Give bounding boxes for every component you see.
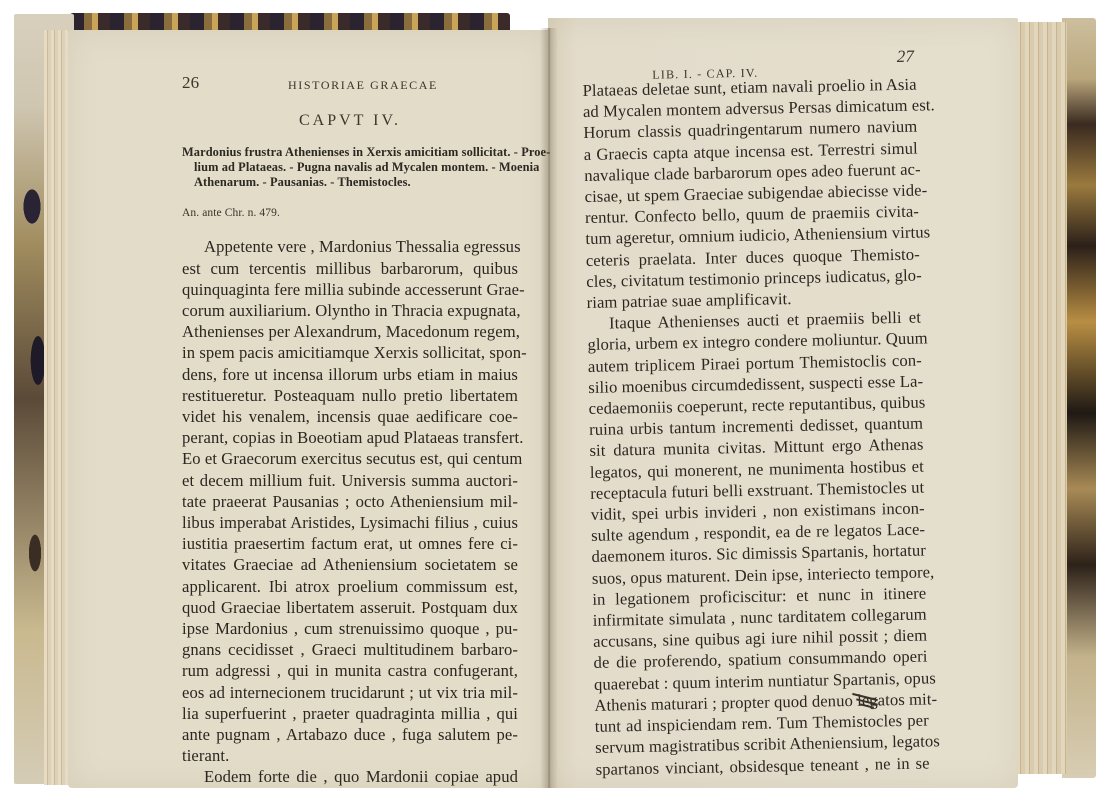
text-line: rum adgressi , qui in munita castra conf… [182,660,518,681]
text-line: est cum tercentis millibus barbarorum, q… [182,258,518,279]
text-line: tate praeerat Pausanias ; octo Atheniens… [182,491,518,512]
text-line: tierant. [182,745,518,766]
signature-mark-icon [850,692,884,710]
text-line: quinquaginta fere millia subinde accesse… [182,279,518,300]
date-note: An. ante Chr. n. 479. [182,203,518,224]
text-line: in spem pacis amicitiamque Xerxis sollic… [182,342,518,363]
text-line: Athenienses per Alexandrum, Macedonum re… [182,321,518,342]
text-line: ipse Mardonius , cum strenuissimo quoque… [182,618,518,639]
text-line: corum auxiliarium. Olyntho in Thracia ex… [182,300,518,321]
left-page-header: 26 HISTORIAE GRAECAE [182,72,518,94]
text-line: videt his venalem, incensis quae aedific… [182,406,518,427]
right-page-content: LIB. I. - CAP. IV. 27 Plataeas deletae s… [582,54,930,780]
summary-line: Athenarum. - Pausanias. - Themistocles. [182,175,518,190]
text-line: gnans cecidisset , Graeci multitudinem b… [182,639,518,660]
open-book: 26 HISTORIAE GRAECAE CAPVT IV. Mardonius… [0,0,1108,800]
page-number: 26 [182,72,199,93]
running-head: HISTORIAE GRAECAE [288,75,438,96]
text-line: Appetente vere , Mardonius Thessalia egr… [182,236,518,257]
text-line: dens, fore ut incensa illorum urbs etiam… [182,364,518,385]
text-line: lia superfuerint , praeter quadraginta m… [182,703,518,724]
left-page-content: 26 HISTORIAE GRAECAE CAPVT IV. Mardonius… [182,72,518,788]
text-line: perant, copias in Boeotiam apud Plataeas… [182,427,518,448]
right-page-body: Plataeas deletae sunt, etiam navali proe… [582,74,929,780]
text-line: restitueretur. Posteaquam nullo pretio l… [182,385,518,406]
text-line: Eo et Graecorum exercitus secutus est, q… [182,448,518,469]
chapter-title: CAPVT IV. [182,110,518,131]
page-edges-right [1015,22,1067,774]
text-line: Eodem forte die , quo Mardonii copiae ap… [182,766,518,787]
cover-marbled-right [1062,18,1096,778]
text-line: vitates Graeciae ad Atheniensium societa… [182,554,518,575]
chapter-summary: Mardonius frustra Athenienses in Xerxis … [182,145,518,190]
left-page-body: Appetente vere , Mardonius Thessalia egr… [182,236,518,787]
text-line: quod Graeciae libertatem asseruit. Postq… [182,597,518,618]
page-number: 27 [897,46,915,68]
summary-line: Mardonius frustra Athenienses in Xerxis … [182,145,518,160]
book-gutter [540,28,558,788]
summary-line: lium ad Plataeas. - Pugna navalis ad Myc… [182,160,518,175]
running-head: LIB. I. - CAP. IV. [652,63,758,86]
text-line: ante pugnam , Artabazo duce , fuga salut… [182,724,518,745]
cover-marbled-top [70,13,510,31]
text-line: eos ad internecionem trucidarunt ; ut vi… [182,682,518,703]
text-line: iustitia praesertim factum erat, ut omne… [182,533,518,554]
text-line: libus imperabat Aristides, Lysimachi fil… [182,512,518,533]
text-line: et decem millium fuit. Universis summa a… [182,470,518,491]
text-line: applicarent. Ibi atrox proelium commissu… [182,576,518,597]
